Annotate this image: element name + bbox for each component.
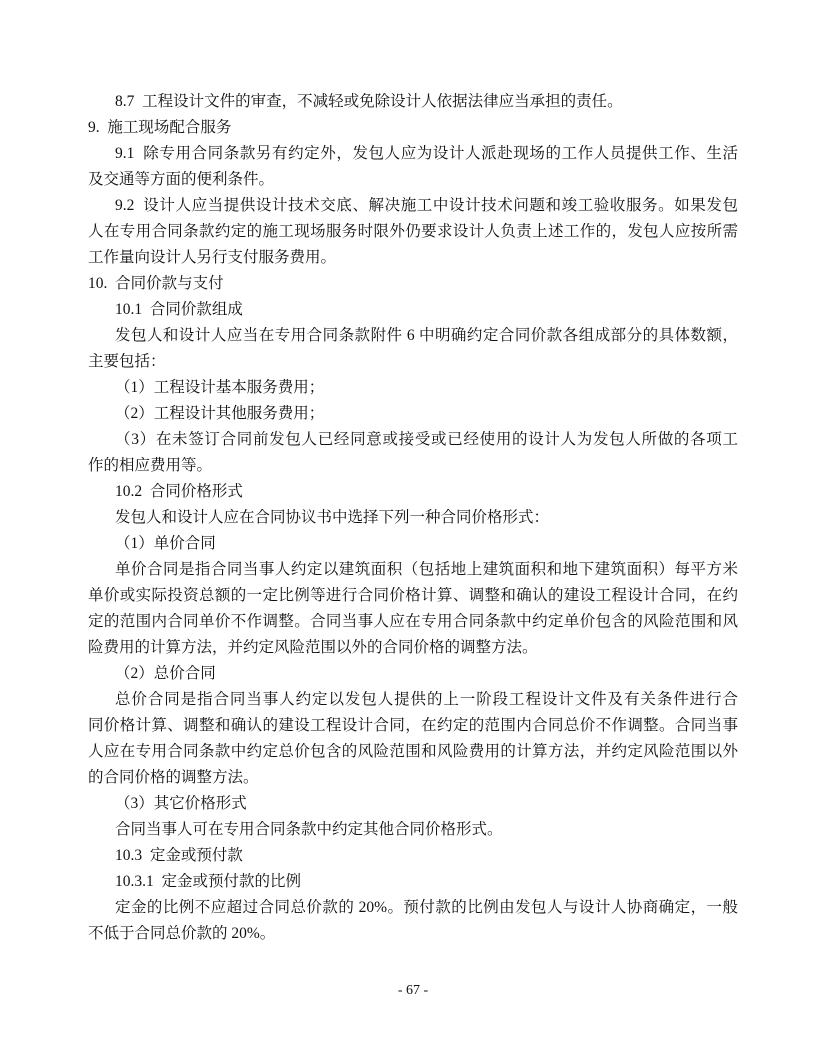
document-line: 定的范围内合同单价不作调整。合同当事人应在专用合同条款中约定单价包含的风险范围和… bbox=[88, 609, 738, 635]
document-line: （1）单价合同 bbox=[88, 531, 738, 557]
document-line: 总价合同是指合同当事人约定以发包人提供的上一阶段工程设计文件及有关条件进行合 bbox=[88, 687, 738, 713]
document-line: 单价或实际投资总额的一定比例等进行合同价格计算、调整和确认的建设工程设计合同，在… bbox=[88, 583, 738, 609]
document-line: 险费用的计算方法，并约定风险范围以外的合同价格的调整方法。 bbox=[88, 635, 738, 661]
document-line: 10.3.1 定金或预付款的比例 bbox=[88, 869, 738, 895]
document-line: （3）在未签订合同前发包人已经同意或接受或已经使用的设计人为发包人所做的各项工 bbox=[88, 427, 738, 453]
document-line: 10.2 合同价格形式 bbox=[88, 479, 738, 505]
document-line: （1）工程设计基本服务费用； bbox=[88, 375, 738, 401]
document-line: 工作量向设计人另行支付服务费用。 bbox=[88, 245, 738, 271]
document-line: 10. 合同价款与支付 bbox=[88, 271, 738, 297]
document-line: （2）工程设计其他服务费用； bbox=[88, 401, 738, 427]
document-line: 10.3 定金或预付款 bbox=[88, 843, 738, 869]
document-line: （3）其它价格形式 bbox=[88, 791, 738, 817]
document-line: 单价合同是指合同当事人约定以建筑面积（包括地上建筑面积和地下建筑面积）每平方米 bbox=[88, 557, 738, 583]
document-line: 及交通等方面的便利条件。 bbox=[88, 167, 738, 193]
document-line: 发包人和设计人应当在专用合同条款附件 6 中明确约定合同价款各组成部分的具体数额… bbox=[88, 323, 738, 349]
document-body: 8.7 工程设计文件的审查，不减轻或免除设计人依据法律应当承担的责任。9. 施工… bbox=[88, 89, 738, 947]
document-line: 人在专用合同条款约定的施工现场服务时限外仍要求设计人负责上述工作的，发包人应按所… bbox=[88, 219, 738, 245]
document-line: （2）总价合同 bbox=[88, 661, 738, 687]
document-page: 8.7 工程设计文件的审查，不减轻或免除设计人依据法律应当承担的责任。9. 施工… bbox=[0, 0, 816, 1056]
document-line: 发包人和设计人应在合同协议书中选择下列一种合同价格形式： bbox=[88, 505, 738, 531]
document-line: 主要包括： bbox=[88, 349, 738, 375]
document-line: 9.1 除专用合同条款另有约定外，发包人应为设计人派赴现场的工作人员提供工作、生… bbox=[88, 141, 738, 167]
page-number: - 67 - bbox=[398, 983, 428, 998]
page-footer: - 67 - bbox=[88, 981, 738, 1001]
document-line: 人应在专用合同条款中约定总价包含的风险范围和风险费用的计算方法，并约定风险范围以… bbox=[88, 739, 738, 765]
document-line: 作的相应费用等。 bbox=[88, 453, 738, 479]
document-line: 的合同价格的调整方法。 bbox=[88, 765, 738, 791]
document-line: 合同当事人可在专用合同条款中约定其他合同价格形式。 bbox=[88, 817, 738, 843]
document-line: 不低于合同总价款的 20%。 bbox=[88, 921, 738, 947]
document-line: 9.2 设计人应当提供设计技术交底、解决施工中设计技术问题和竣工验收服务。如果发… bbox=[88, 193, 738, 219]
document-line: 同价格计算、调整和确认的建设工程设计合同，在约定的范围内合同总价不作调整。合同当… bbox=[88, 713, 738, 739]
document-line: 定金的比例不应超过合同总价款的 20%。预付款的比例由发包人与设计人协商确定，一… bbox=[88, 895, 738, 921]
document-line: 8.7 工程设计文件的审查，不减轻或免除设计人依据法律应当承担的责任。 bbox=[88, 89, 738, 115]
document-line: 9. 施工现场配合服务 bbox=[88, 115, 738, 141]
document-line: 10.1 合同价款组成 bbox=[88, 297, 738, 323]
